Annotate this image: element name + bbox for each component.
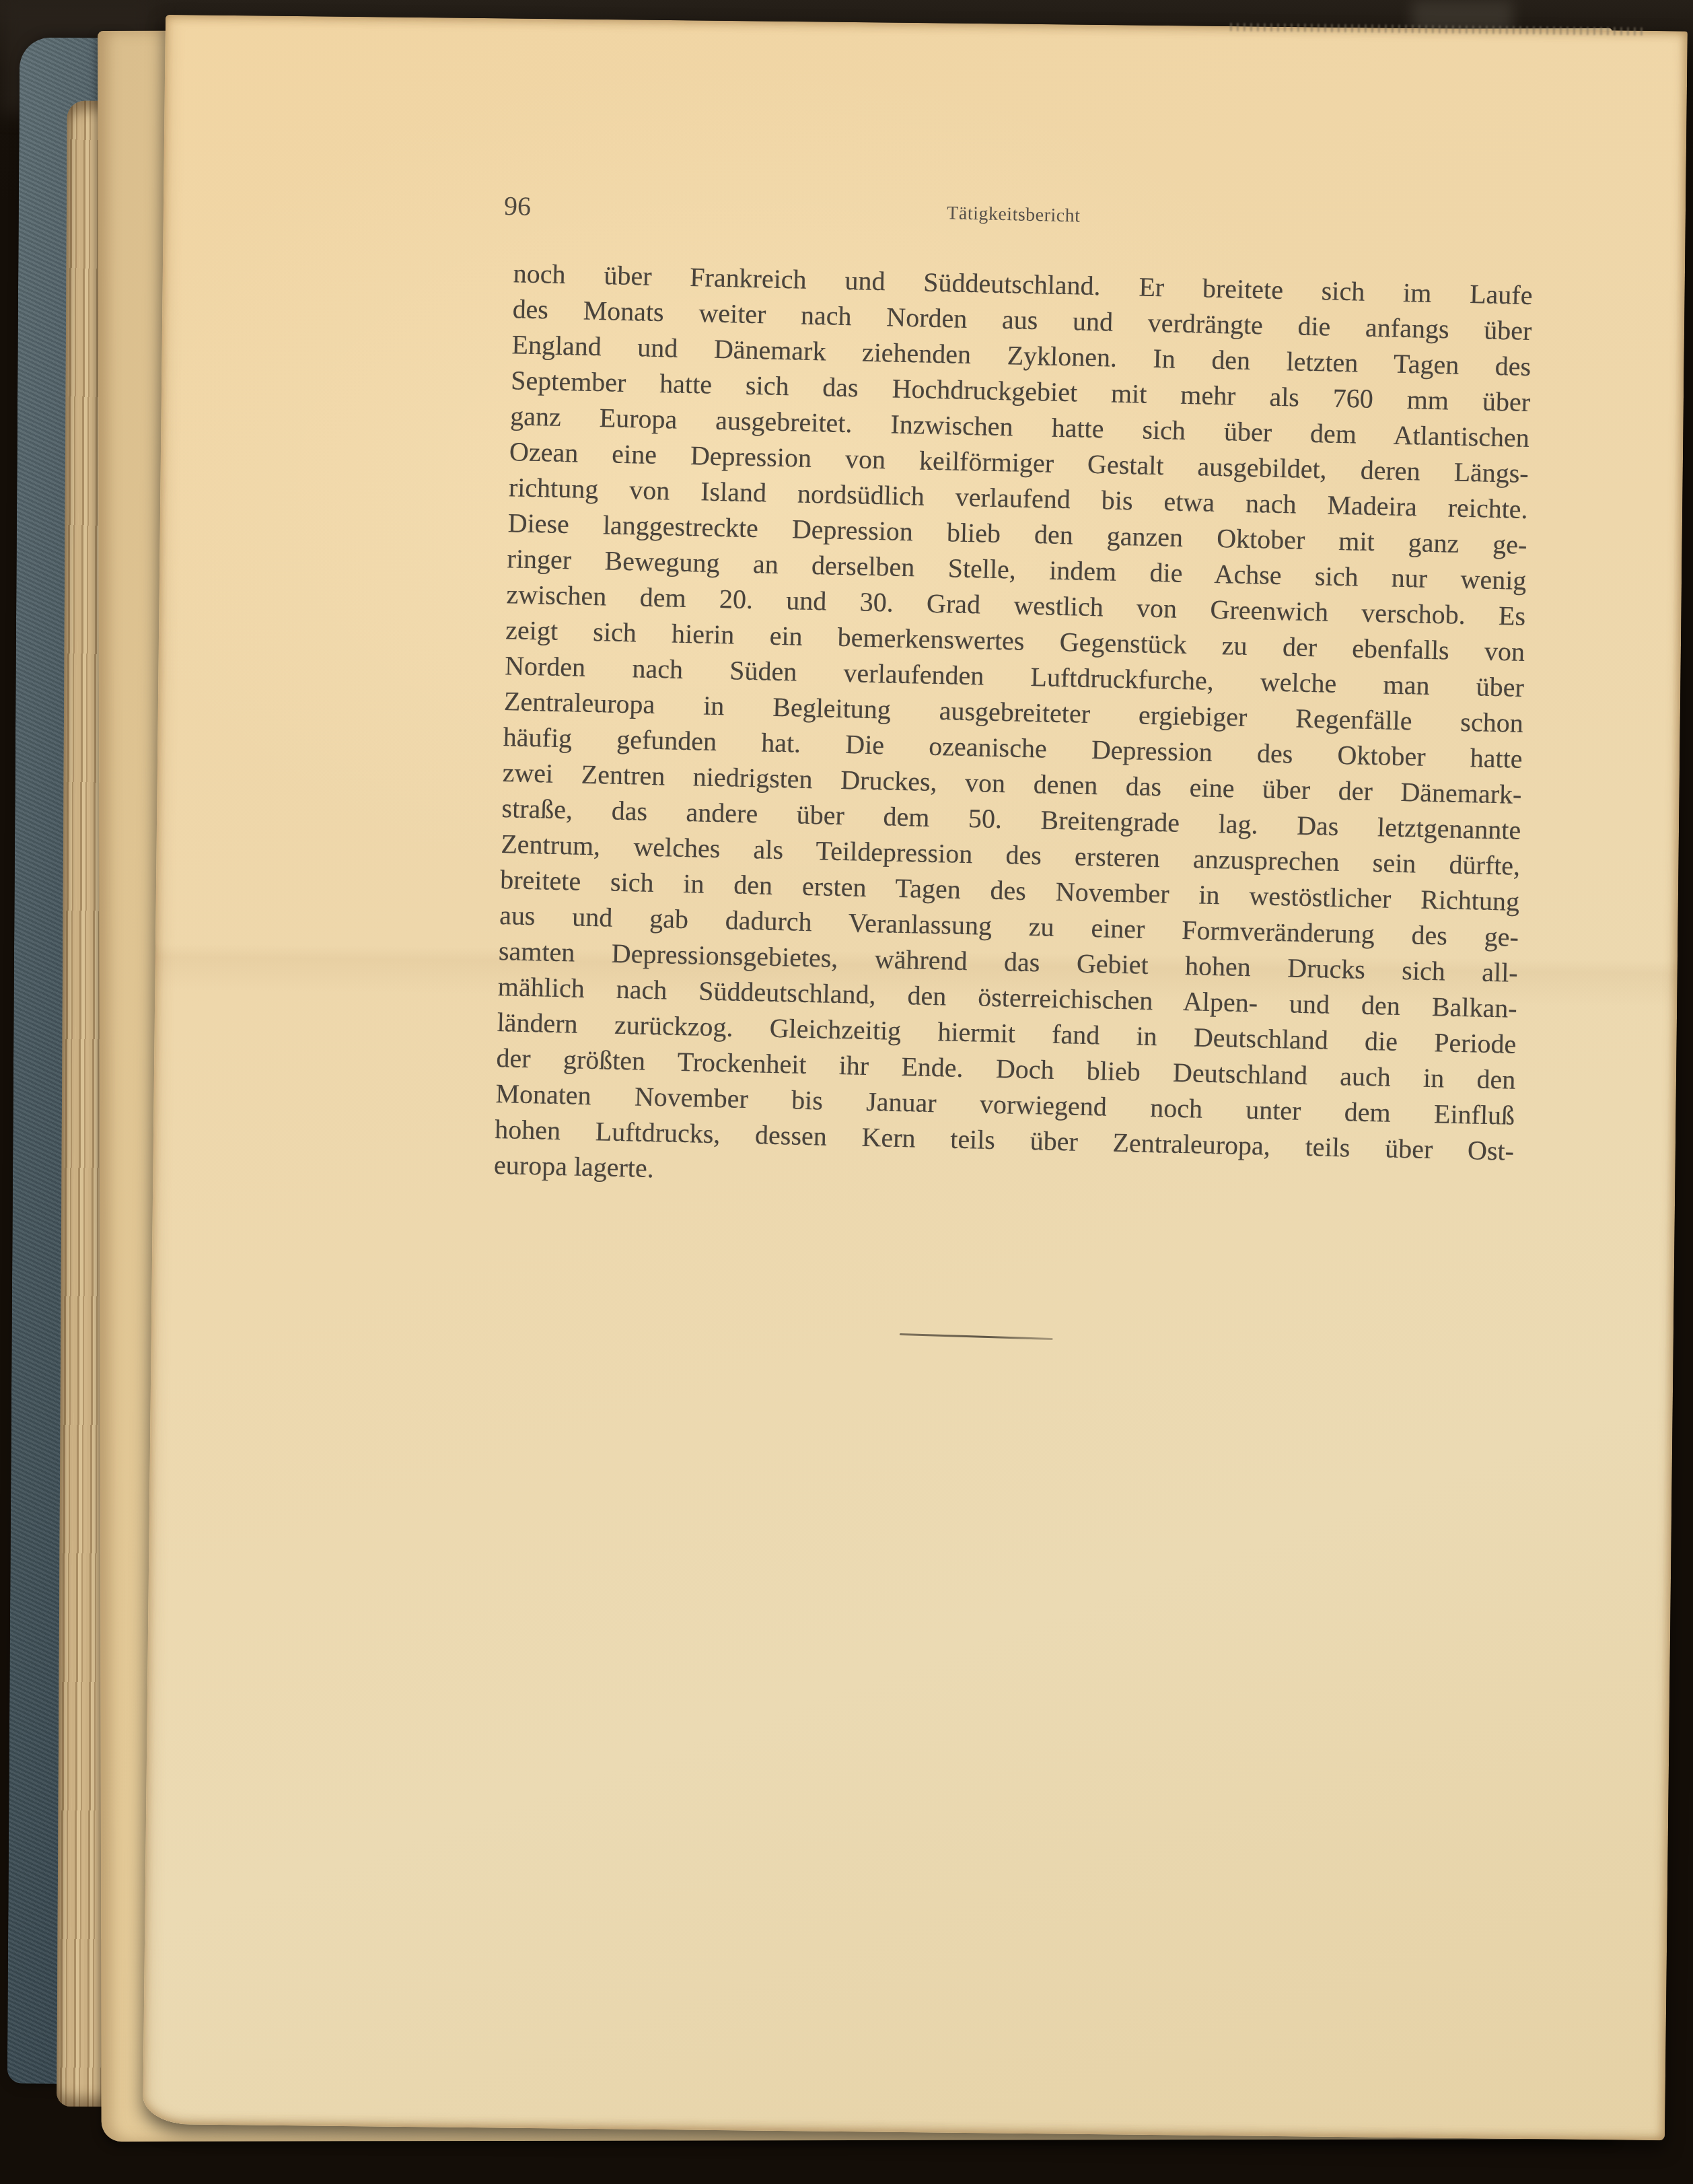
page-number: 96	[503, 190, 531, 222]
running-header: Tätigkeitsbericht	[504, 188, 1524, 237]
book-page: 96 Tätigkeitsbericht noch über Frankreic…	[143, 15, 1688, 2140]
body-text: noch über Frankreich und Süddeutschland.…	[494, 255, 1533, 1204]
section-divider-rule	[900, 1333, 1053, 1340]
page-header: 96 Tätigkeitsbericht	[503, 188, 1523, 245]
page-content: 96 Tätigkeitsbericht noch über Frankreic…	[120, 15, 1687, 2156]
photo-backdrop: 96 Tätigkeitsbericht noch über Frankreic…	[0, 0, 1693, 2184]
